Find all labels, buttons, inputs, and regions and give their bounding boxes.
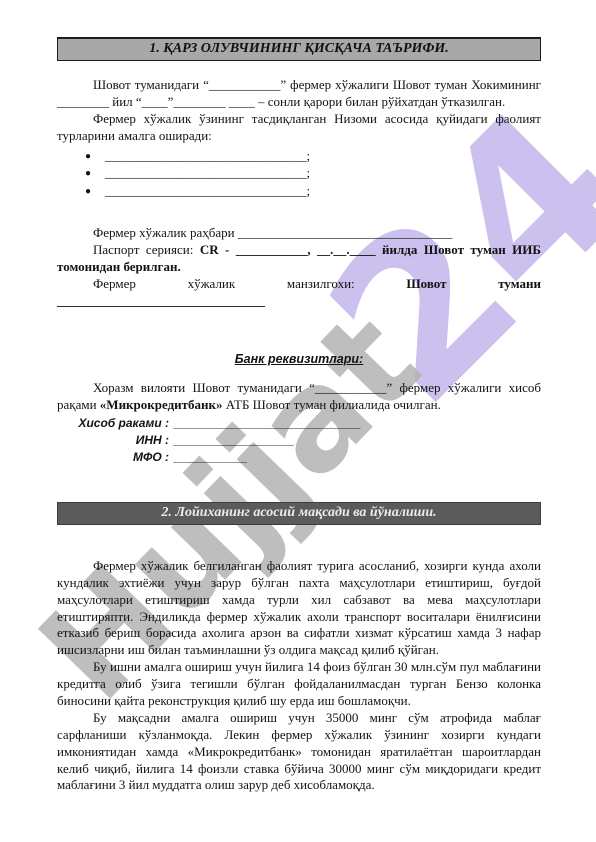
document-page: 24 Hujjat 1. ҚАРЗ ОЛУВЧИНИНГ ҚИСҚАЧА ТАЪ…	[0, 0, 596, 842]
bank-field-mfo: МФО :___________	[57, 449, 541, 466]
bank-fields: Хисоб раками :__________________________…	[57, 415, 541, 465]
activity-blank-row: ●_______________________________;	[85, 164, 541, 182]
activity-blank-row: ●_______________________________;	[85, 182, 541, 200]
bank-field-label: ИНН :	[57, 432, 169, 449]
bank-paragraph-run3: АТБ Шовот туман филиалида очилган.	[223, 397, 441, 412]
bank-name: «Микрокредитбанк»	[100, 397, 223, 412]
bullet-icon: ●	[85, 185, 105, 199]
activity-blank-line: _______________________________;	[105, 183, 310, 198]
bank-field-blank: ___________	[174, 450, 247, 464]
purpose-paragraph-2: Бу ишни амалга ошириш учун йилига 14 фои…	[57, 659, 541, 710]
section-1-header: 1. ҚАРЗ ОЛУВЧИНИНГ ҚИСҚАЧА ТАЪРИФИ.	[57, 37, 541, 61]
leader-blank: _________________________________	[238, 225, 453, 240]
bank-details-title: Банк реквизитлари:	[57, 352, 541, 366]
bank-field-inn: ИНН :__________________	[57, 432, 541, 449]
leader-line: Фермер хўжалик раҳбари _________________…	[57, 225, 541, 242]
bullet-icon: ●	[85, 150, 105, 164]
section-2-header: 2. Лойиханинг асосий мақсади ва йўналиши…	[57, 502, 541, 525]
registration-paragraph: Шовот туманидаги “___________” фермер хў…	[57, 77, 541, 111]
bank-field-blank: ____________________________	[174, 416, 361, 430]
passport-label: Паспорт серияси:	[93, 242, 200, 257]
bank-field-blank: __________________	[174, 433, 294, 447]
bank-field-account: Хисоб раками :__________________________…	[57, 415, 541, 432]
activity-blank-line: _______________________________;	[105, 165, 310, 180]
activities-intro-paragraph: Фермер хўжалик ўзининг тасдиқланган Низо…	[57, 111, 541, 145]
passport-line: Паспорт серияси: CR - ___________, __.__…	[57, 242, 541, 276]
purpose-paragraph-1: Фермер хўжалик белгиланган фаолият туриг…	[57, 558, 541, 659]
purpose-paragraph-3: Бу мақсадни амалга ошириш учун 35000 мин…	[57, 710, 541, 794]
bank-field-label: МФО :	[57, 449, 169, 466]
bank-paragraph: Хоразм вилояти Шовот туманидаги “_______…	[57, 380, 541, 414]
bank-field-label: Хисоб раками :	[57, 415, 169, 432]
document-content: 1. ҚАРЗ ОЛУВЧИНИНГ ҚИСҚАЧА ТАЪРИФИ. Шово…	[0, 0, 596, 794]
bullet-icon: ●	[85, 167, 105, 181]
leader-label: Фермер хўжалик раҳбари	[93, 225, 238, 240]
activity-blank-line: _______________________________;	[105, 148, 310, 163]
address-label: Фермер хўжалик манзилгохи:	[93, 276, 406, 291]
activity-blank-row: ●_______________________________;	[85, 147, 541, 165]
address-line: Фермер хўжалик манзилгохи: Шовот тумани …	[57, 276, 541, 310]
activity-blank-list: ●_______________________________; ●_____…	[57, 147, 541, 200]
